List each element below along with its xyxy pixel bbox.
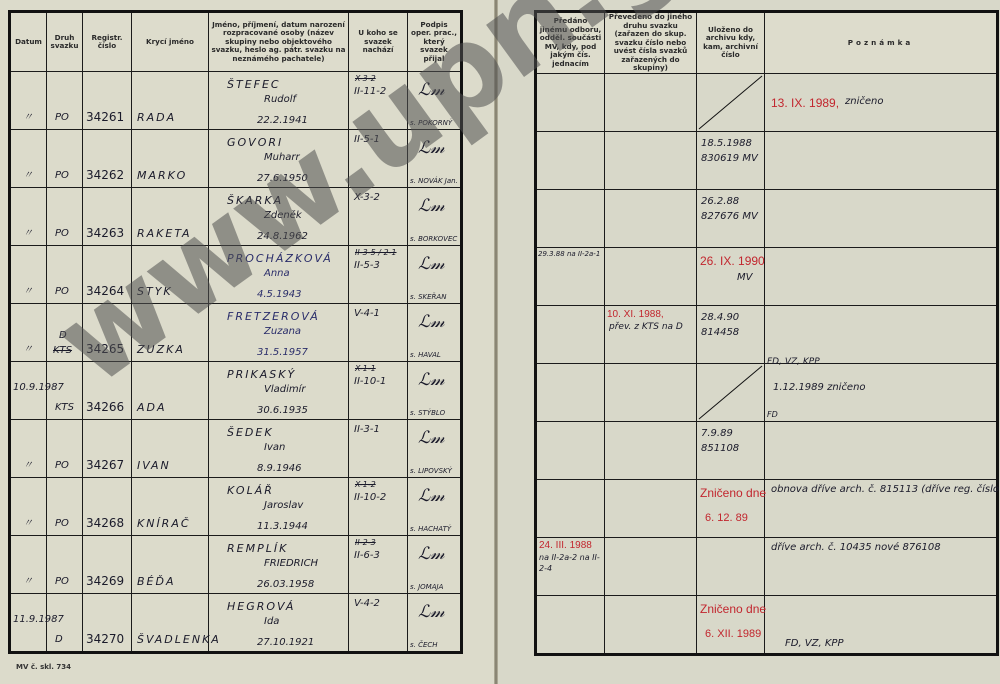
registr-value: 34261: [86, 110, 124, 124]
ulozeno-stamp-date: 6. 12. 89: [705, 512, 748, 524]
cell-prevedeno: [605, 537, 697, 595]
cell-signature: ℒ𝓂s. HACHATÝ: [408, 478, 462, 536]
cell-person: PRIKASKÝVladimír30.6.1935: [209, 362, 349, 420]
col-header-ulozeno: Uloženo do archivu kdy, kam, archivní čí…: [697, 12, 765, 74]
location-value: II-6-3: [354, 550, 380, 561]
predano-value: na II-2a-2 na II-2-4: [539, 552, 601, 574]
birth-date-value: 22.2.1941: [257, 115, 308, 126]
signature-scribble: ℒ𝓂: [418, 544, 445, 564]
cell-person: ŠTEFECRudolf22.2.1941: [209, 72, 349, 130]
diagonal-line-icon: [697, 364, 764, 421]
table-row: 〃PO34269BÉĎAREMPLÍKFRIEDRICH26.03.1958II…: [10, 536, 462, 594]
cell-person: KOLÁŘJaroslav11.3.1944: [209, 478, 349, 536]
registr-value: 34269: [86, 574, 124, 588]
registr-value: 34265: [86, 342, 124, 356]
cell-druh: KTS: [47, 362, 83, 420]
diagonal-line-icon: [697, 74, 764, 131]
cell-datum: 10.9.1987: [10, 362, 47, 420]
given-name-value: Zuzana: [264, 326, 301, 337]
cell-poznamka: [765, 421, 998, 479]
cell-prevedeno: [605, 479, 697, 537]
ulozeno-value: 26.2.88 827676 MV: [701, 194, 763, 224]
kryci-jmeno-value: STYK: [137, 285, 173, 298]
registr-value: 34267: [86, 458, 124, 472]
kryci-jmeno-value: IVAN: [137, 459, 171, 472]
table-row: Zničeno dne6. 12. 89obnova dříve arch. č…: [536, 479, 998, 537]
druh-value: D: [55, 634, 63, 645]
cell-registr: 34265: [83, 304, 132, 362]
cell-signature: ℒ𝓂s. POKORNÝ: [408, 72, 462, 130]
datum-value: 〃: [23, 282, 33, 297]
ulozeno-value: 28.4.90 814458: [701, 310, 763, 340]
location-old-value: II-2-3: [355, 538, 376, 547]
signature-name: s. POKORNÝ: [410, 119, 452, 127]
table-row: 26.2.88 827676 MV: [536, 189, 998, 247]
cell-kryci-jmeno: KNÍRAČ: [132, 478, 209, 536]
cell-prevedeno: [605, 73, 697, 131]
cell-prevedeno: [605, 131, 697, 189]
prevedeno-value: přev. z KTS na D: [609, 322, 683, 332]
signature-name: s. LIPOVSKÝ: [410, 467, 452, 475]
surname-value: REMPLÍK: [227, 542, 288, 555]
registr-value: 34268: [86, 516, 124, 530]
location-old-value: X-1-2: [355, 480, 376, 489]
cell-prevedeno: [605, 421, 697, 479]
cell-ulozeno: Zničeno dne6. XII. 1989: [697, 595, 765, 654]
birth-date-value: 24.8.1962: [257, 231, 308, 242]
datum-value: 11.9.1987: [13, 608, 47, 632]
register-table-right: Předáno jinému odboru, odděl. součásti M…: [534, 10, 999, 656]
poznamka-extra: FD: [767, 410, 778, 419]
table-row: 〃PO34262MARKOGOVORIMuharr27.6.1950II-5-1…: [10, 130, 462, 188]
given-name-value: FRIEDRICH: [264, 558, 318, 569]
location-value: II-5-1: [354, 134, 380, 145]
cell-registr: 34264: [83, 246, 132, 304]
cell-registr: 34261: [83, 72, 132, 130]
poznamka-value: FD, VZ, KPP: [785, 638, 843, 649]
poznamka-value: dříve arch. č. 10435 nové 876108: [771, 542, 941, 553]
cell-predano: [536, 73, 605, 131]
location-value: X-3-2: [354, 192, 380, 203]
druh-value: PO: [55, 460, 69, 471]
cell-poznamka: FD, VZ, KPP: [765, 305, 998, 363]
cell-predano: [536, 363, 605, 421]
druh-value: PO: [55, 576, 69, 587]
signature-scribble: ℒ𝓂: [418, 196, 445, 216]
surname-value: HEGROVÁ: [227, 600, 295, 613]
cell-datum: 〃: [10, 304, 47, 362]
cell-prevedeno: [605, 595, 697, 654]
cell-signature: ℒ𝓂s. JOMAJA: [408, 536, 462, 594]
location-value: II-11-2: [354, 86, 386, 97]
registr-value: 34262: [86, 168, 124, 182]
kryci-jmeno-value: MARKO: [137, 169, 187, 182]
cell-poznamka: [765, 189, 998, 247]
given-name-value: Jaroslav: [264, 500, 303, 511]
cell-location: X-3-2: [349, 188, 408, 246]
cell-poznamka: dříve arch. č. 10435 nové 876108: [765, 537, 998, 595]
cell-prevedeno: [605, 189, 697, 247]
poznamka-stamp: 13. IX. 1989,: [771, 96, 839, 110]
cell-location: X-1-1II-10-1: [349, 362, 408, 420]
druh-old-value: KTS: [53, 345, 72, 356]
kryci-jmeno-value: KNÍRAČ: [137, 517, 191, 530]
birth-date-value: 27.6.1950: [257, 173, 308, 184]
cell-druh: PO: [47, 536, 83, 594]
kryci-jmeno-value: BÉĎA: [137, 575, 176, 588]
cell-datum: 〃: [10, 188, 47, 246]
signature-name: s. JOMAJA: [410, 583, 443, 591]
cell-person: FRETZEROVÁZuzana31.5.1957: [209, 304, 349, 362]
cell-datum: 〃: [10, 130, 47, 188]
datum-value: 〃: [23, 456, 33, 471]
signature-name: s. HACHATÝ: [410, 525, 451, 533]
cell-prevedeno: [605, 363, 697, 421]
predano-value: 29.3.88 na II-2a-1: [538, 250, 600, 258]
cell-druh: PO: [47, 420, 83, 478]
druh-value: D: [59, 330, 67, 341]
cell-prevedeno: [605, 247, 697, 305]
kryci-jmeno-value: RADA: [137, 111, 176, 124]
cell-predano: 29.3.88 na II-2a-1: [536, 247, 605, 305]
cell-kryci-jmeno: RAKETA: [132, 188, 209, 246]
cell-poznamka: FD, VZ, KPP: [765, 595, 998, 654]
cell-location: V-4-2: [349, 594, 408, 653]
cell-datum: 11.9.1987: [10, 594, 47, 653]
cell-registr: 34268: [83, 478, 132, 536]
ulozeno-value: MV: [737, 272, 752, 283]
cell-prevedeno: 10. XI. 1988,přev. z KTS na D: [605, 305, 697, 363]
table-row: 10. XI. 1988,přev. z KTS na D28.4.90 814…: [536, 305, 998, 363]
ulozeno-value: 18.5.1988 830619 MV: [701, 136, 763, 166]
cell-kryci-jmeno: RADA: [132, 72, 209, 130]
cell-location: X-3-2II-11-2: [349, 72, 408, 130]
cell-signature: ℒ𝓂s. ČECH: [408, 594, 462, 653]
table-row: 29.3.88 na II-2a-126. IX. 1990MV: [536, 247, 998, 305]
cell-druh: PO: [47, 478, 83, 536]
cell-ulozeno: [697, 363, 765, 421]
cell-ulozeno: 7.9.89 851108: [697, 421, 765, 479]
registr-value: 34266: [86, 400, 124, 414]
cell-druh: DKTS: [47, 304, 83, 362]
signature-name: s. HAVAL: [410, 351, 441, 359]
cell-druh: PO: [47, 188, 83, 246]
col-header-predano: Předáno jinému odboru, odděl. součásti M…: [536, 12, 605, 74]
given-name-value: Ida: [264, 616, 279, 627]
birth-date-value: 4.5.1943: [257, 289, 302, 300]
cell-ulozeno: 26.2.88 827676 MV: [697, 189, 765, 247]
poznamka-value: 1.12.1989 zničeno: [773, 382, 866, 393]
predano-stamp: 24. III. 1988: [539, 540, 592, 551]
cell-ulozeno: [697, 73, 765, 131]
cell-ulozeno: 28.4.90 814458: [697, 305, 765, 363]
cell-location: II-2-3II-6-3: [349, 536, 408, 594]
cell-registr: 34263: [83, 188, 132, 246]
cell-registr: 34266: [83, 362, 132, 420]
signature-name: s. SKEŘAN: [410, 293, 446, 301]
ulozeno-value: 7.9.89 851108: [701, 426, 763, 456]
cell-kryci-jmeno: ADA: [132, 362, 209, 420]
cell-signature: ℒ𝓂s. NOVÁK Jan.: [408, 130, 462, 188]
location-value: II-10-1: [354, 376, 386, 387]
signature-scribble: ℒ𝓂: [418, 486, 445, 506]
registr-value: 34264: [86, 284, 124, 298]
cell-predano: [536, 189, 605, 247]
cell-signature: ℒ𝓂s. HAVAL: [408, 304, 462, 362]
book-gutter: [494, 0, 498, 684]
col-header-prevedeno: Převedeno do jiného druhu svazku (zařaze…: [605, 12, 697, 74]
cell-signature: ℒ𝓂s. SKEŘAN: [408, 246, 462, 304]
birth-date-value: 26.03.1958: [257, 579, 314, 590]
col-header-registr: Registr. číslo: [83, 12, 132, 72]
cell-person: GOVORIMuharr27.6.1950: [209, 130, 349, 188]
form-code: MV č. skl. 734: [16, 663, 71, 671]
cell-datum: 〃: [10, 420, 47, 478]
datum-value: 〃: [23, 340, 33, 355]
col-header-signature: Podpis oper. prac., který svazek přijal: [408, 12, 462, 72]
cell-location: V-4-1: [349, 304, 408, 362]
signature-scribble: ℒ𝓂: [418, 138, 445, 158]
location-value: II-5-3: [354, 260, 380, 271]
col-header-datum: Datum: [10, 12, 47, 72]
signature-scribble: ℒ𝓂: [418, 602, 445, 622]
registr-value: 34270: [86, 632, 124, 646]
cell-predano: [536, 131, 605, 189]
location-old-value: X-1-1: [355, 364, 376, 373]
table-row: 13. IX. 1989,zničeno: [536, 73, 998, 131]
signature-name: s. BORKOVEC: [410, 235, 457, 243]
cell-person: HEGROVÁIda27.10.1921: [209, 594, 349, 653]
birth-date-value: 27.10.1921: [257, 637, 314, 648]
druh-value: PO: [55, 228, 69, 239]
surname-value: ŠKARKA: [227, 194, 283, 207]
table-row: 〃PO34264STYKPROCHÁZKOVÁAnna4.5.1943II-3-…: [10, 246, 462, 304]
cell-predano: [536, 421, 605, 479]
cell-registr: 34267: [83, 420, 132, 478]
cell-ulozeno: 18.5.1988 830619 MV: [697, 131, 765, 189]
cell-registr: 34270: [83, 594, 132, 653]
cell-signature: ℒ𝓂s. LIPOVSKÝ: [408, 420, 462, 478]
cell-predano: [536, 305, 605, 363]
cell-kryci-jmeno: STYK: [132, 246, 209, 304]
cell-ulozeno: Zničeno dne6. 12. 89: [697, 479, 765, 537]
table-row: 〃PO34263RAKETAŠKARKAZdeněk24.8.1962X-3-2…: [10, 188, 462, 246]
poznamka-value: obnova dříve arch. č. 815113 (dříve reg.…: [771, 484, 1000, 495]
location-value: V-4-1: [354, 308, 380, 319]
ulozeno-stamp-date: 6. XII. 1989: [705, 628, 761, 640]
signature-name: s. NOVÁK Jan.: [410, 177, 458, 185]
kryci-jmeno-value: RAKETA: [137, 227, 192, 240]
header-row: Datum Druh svazku Registr. číslo Krycí j…: [10, 12, 462, 72]
col-header-person: Jméno, příjmení, datum narození rozpraco…: [209, 12, 349, 72]
signature-scribble: ℒ𝓂: [418, 370, 445, 390]
ulozeno-stamp: Zničeno dne: [700, 602, 766, 616]
table-row: 18.5.1988 830619 MV: [536, 131, 998, 189]
cell-datum: 〃: [10, 72, 47, 130]
col-header-location: U koho se svazek nachází: [349, 12, 408, 72]
cell-location: II-5-1: [349, 130, 408, 188]
surname-value: KOLÁŘ: [227, 484, 274, 497]
given-name-value: Muharr: [264, 152, 300, 163]
cell-kryci-jmeno: MARKO: [132, 130, 209, 188]
cell-druh: D: [47, 594, 83, 653]
location-value: V-4-2: [354, 598, 380, 609]
cell-ulozeno: 26. IX. 1990MV: [697, 247, 765, 305]
prevedeno-stamp: 10. XI. 1988,: [607, 309, 664, 320]
datum-value: 〃: [23, 224, 33, 239]
cell-predano: 24. III. 1988na II-2a-2 na II-2-4: [536, 537, 605, 595]
kryci-jmeno-value: ZUZKA: [137, 343, 185, 356]
signature-name: s. ČECH: [410, 641, 438, 649]
cell-poznamka: [765, 247, 998, 305]
surname-value: ŠTEFEC: [227, 78, 281, 91]
cell-kryci-jmeno: ZUZKA: [132, 304, 209, 362]
datum-value: 10.9.1987: [13, 376, 47, 400]
birth-date-value: 31.5.1957: [257, 347, 308, 358]
ulozeno-stamp: Zničeno dne: [700, 486, 766, 500]
given-name-value: Rudolf: [264, 94, 296, 105]
kryci-jmeno-value: ADA: [137, 401, 167, 414]
signature-scribble: ℒ𝓂: [418, 254, 445, 274]
location-old-value: X-3-2: [355, 74, 376, 83]
birth-date-value: 8.9.1946: [257, 463, 302, 474]
cell-registr: 34262: [83, 130, 132, 188]
datum-value: 〃: [23, 166, 33, 181]
cell-poznamka: [765, 131, 998, 189]
cell-datum: 〃: [10, 536, 47, 594]
cell-person: PROCHÁZKOVÁAnna4.5.1943: [209, 246, 349, 304]
surname-value: PROCHÁZKOVÁ: [227, 252, 333, 265]
druh-value: PO: [55, 518, 69, 529]
cell-kryci-jmeno: IVAN: [132, 420, 209, 478]
table-row: 24. III. 1988na II-2a-2 na II-2-4dříve a…: [536, 537, 998, 595]
cell-signature: ℒ𝓂s. BORKOVEC: [408, 188, 462, 246]
cell-poznamka: 13. IX. 1989,zničeno: [765, 73, 998, 131]
cell-location: II-3-5 / 2-1II-5-3: [349, 246, 408, 304]
cell-location: II-3-1: [349, 420, 408, 478]
table-row: 1.12.1989 zničenoFD: [536, 363, 998, 421]
cell-druh: PO: [47, 130, 83, 188]
col-header-kryci-jmeno: Krycí jméno: [132, 12, 209, 72]
given-name-value: Vladimír: [264, 384, 306, 395]
table-row: Zničeno dne6. XII. 1989FD, VZ, KPP: [536, 595, 998, 654]
cell-location: X-1-2II-10-2: [349, 478, 408, 536]
surname-value: PRIKASKÝ: [227, 368, 296, 381]
druh-value: PO: [55, 170, 69, 181]
cell-datum: 〃: [10, 246, 47, 304]
cell-kryci-jmeno: BÉĎA: [132, 536, 209, 594]
signature-scribble: ℒ𝓂: [418, 80, 445, 100]
table-row: 11.9.1987D34270ŠVADLENKAHEGROVÁIda27.10.…: [10, 594, 462, 653]
table-row: 〃PO34267IVANŠEDEKIvan8.9.1946II-3-1ℒ𝓂s. …: [10, 420, 462, 478]
cell-ulozeno: [697, 537, 765, 595]
datum-value: 〃: [23, 572, 33, 587]
header-row: Předáno jinému odboru, odděl. součásti M…: [536, 12, 998, 74]
given-name-value: Zdeněk: [264, 210, 302, 221]
birth-date-value: 11.3.1944: [257, 521, 308, 532]
cell-signature: ℒ𝓂s. STÝBLO: [408, 362, 462, 420]
surname-value: GOVORI: [227, 136, 283, 149]
location-old-value: II-3-5 / 2-1: [355, 248, 397, 257]
cell-kryci-jmeno: ŠVADLENKA: [132, 594, 209, 653]
cell-person: REMPLÍKFRIEDRICH26.03.1958: [209, 536, 349, 594]
cell-registr: 34269: [83, 536, 132, 594]
table-row: 10.9.1987KTS34266ADAPRIKASKÝVladimír30.6…: [10, 362, 462, 420]
cell-poznamka: 1.12.1989 zničenoFD: [765, 363, 998, 421]
table-row: 7.9.89 851108: [536, 421, 998, 479]
col-header-poznamka: Poznámka: [765, 12, 998, 74]
poznamka-value: zničeno: [845, 96, 883, 107]
cell-datum: 〃: [10, 478, 47, 536]
given-name-value: Anna: [264, 268, 290, 279]
table-row: 〃PO34261RADAŠTEFECRudolf22.2.1941X-3-2II…: [10, 72, 462, 130]
cell-poznamka: obnova dříve arch. č. 815113 (dříve reg.…: [765, 479, 998, 537]
datum-value: 〃: [23, 108, 33, 123]
surname-value: FRETZEROVÁ: [227, 310, 320, 323]
cell-person: ŠKARKAZdeněk24.8.1962: [209, 188, 349, 246]
birth-date-value: 30.6.1935: [257, 405, 308, 416]
druh-value: PO: [55, 112, 69, 123]
druh-value: KTS: [55, 402, 74, 413]
registr-value: 34263: [86, 226, 124, 240]
druh-value: PO: [55, 286, 69, 297]
cell-druh: PO: [47, 72, 83, 130]
datum-value: 〃: [23, 514, 33, 529]
table-row: 〃PO34268KNÍRAČKOLÁŘJaroslav11.3.1944X-1-…: [10, 478, 462, 536]
cell-druh: PO: [47, 246, 83, 304]
cell-predano: [536, 595, 605, 654]
location-value: II-10-2: [354, 492, 386, 503]
signature-scribble: ℒ𝓂: [418, 428, 445, 448]
location-value: II-3-1: [354, 424, 380, 435]
col-header-druh: Druh svazku: [47, 12, 83, 72]
cell-predano: [536, 479, 605, 537]
signature-name: s. STÝBLO: [410, 409, 445, 417]
table-row: 〃DKTS34265ZUZKAFRETZEROVÁZuzana31.5.1957…: [10, 304, 462, 362]
ulozeno-stamp: 26. IX. 1990: [700, 254, 765, 268]
signature-scribble: ℒ𝓂: [418, 312, 445, 332]
cell-person: ŠEDEKIvan8.9.1946: [209, 420, 349, 478]
register-table-left: Datum Druh svazku Registr. číslo Krycí j…: [8, 10, 463, 654]
surname-value: ŠEDEK: [227, 426, 274, 439]
given-name-value: Ivan: [264, 442, 285, 453]
